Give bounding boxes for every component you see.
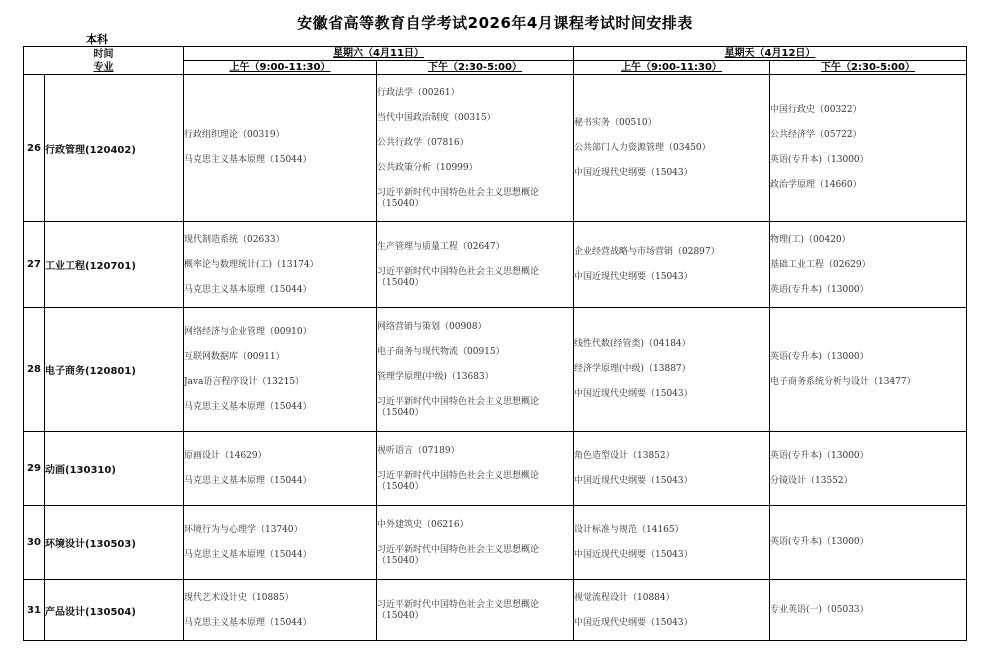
course-item: 英语(专升本)（13000）	[770, 285, 966, 296]
course-item: 马克思主义基本原理（15044）	[184, 285, 376, 296]
major-name: 工业工程(120701)	[45, 222, 184, 308]
section-label: 本科	[86, 31, 108, 47]
course-item: 英语(专升本)（13000）	[770, 451, 966, 462]
course-item: 角色造型设计（13852）	[574, 451, 769, 462]
course-cell-sat-am: 行政组织理论（00319）马克思主义基本原理（15044）	[184, 75, 377, 222]
course-item: 基础工业工程（02629）	[770, 260, 966, 271]
course-item: 中国近现代史纲要（15043）	[574, 476, 769, 487]
course-cell-sat-am: 原画设计（14629）马克思主义基本原理（15044）	[184, 432, 377, 506]
table-row: 26行政管理(120402)行政组织理论（00319）马克思主义基本原理（150…	[24, 75, 967, 222]
header-sat-am: 上午（9:00-11:30）	[184, 61, 377, 75]
course-cell-sat-am: 现代制造系统（02633）概率论与数理统计(工)（13174）马克思主义基本原理…	[184, 222, 377, 308]
course-cell-sat-pm: 习近平新时代中国特色社会主义思想概论（15040）	[377, 580, 574, 641]
course-cell-sun-pm: 物理(工)（00420）基础工业工程（02629）英语(专升本)（13000）	[770, 222, 967, 308]
course-item: 英语(专升本)（13000）	[770, 352, 966, 363]
course-item: 视听语言（07189）	[377, 446, 573, 457]
course-item: 公共经济学（05722）	[770, 130, 966, 141]
course-item: 概率论与数理统计(工)（13174）	[184, 260, 376, 271]
course-item: 电子商务系统分析与设计（13477）	[770, 377, 966, 388]
course-item: 公共部门人力资源管理（03450）	[574, 143, 769, 154]
header-corner: 时间 专业	[24, 47, 184, 75]
course-cell-sat-am: 现代艺术设计史（10885）马克思主义基本原理（15044）	[184, 580, 377, 641]
course-cell-sat-pm: 中外建筑史（06216）习近平新时代中国特色社会主义思想概论（15040）	[377, 506, 574, 580]
major-name: 动画(130310)	[45, 432, 184, 506]
course-item: 物理(工)（00420）	[770, 235, 966, 246]
course-cell-sat-pm: 视听语言（07189）习近平新时代中国特色社会主义思想概论（15040）	[377, 432, 574, 506]
table-row: 30环境设计(130503)环境行为与心理学（13740）马克思主义基本原理（1…	[24, 506, 967, 580]
row-number: 26	[24, 75, 45, 222]
row-number: 27	[24, 222, 45, 308]
major-name: 环境设计(130503)	[45, 506, 184, 580]
course-item: 马克思主义基本原理（15044）	[184, 155, 376, 166]
course-item: 中国行政史（00322）	[770, 105, 966, 116]
course-cell-sun-pm: 中国行政史（00322）公共经济学（05722）英语(专升本)（13000）政治…	[770, 75, 967, 222]
course-item: 习近平新时代中国特色社会主义思想概论（15040）	[377, 545, 573, 567]
course-item: 马克思主义基本原理（15044）	[184, 618, 376, 629]
course-item: 线性代数(经管类)（04184）	[574, 339, 769, 350]
course-item: 网络经济与企业管理（00910）	[184, 327, 376, 338]
course-cell-sat-pm: 行政法学（00261）当代中国政治制度（00315）公共行政学（07816）公共…	[377, 75, 574, 222]
course-item: 马克思主义基本原理（15044）	[184, 550, 376, 561]
course-item: 习近平新时代中国特色社会主义思想概论（15040）	[377, 600, 573, 622]
course-item: 公共政策分析（10999）	[377, 163, 573, 174]
course-item: 英语(专升本)（13000）	[770, 537, 966, 548]
course-cell-sun-am: 视觉流程设计（10884）中国近现代史纲要（15043）	[574, 580, 770, 641]
course-item: Java语言程序设计（13215）	[184, 377, 376, 388]
course-item: 设计标准与规范（14165）	[574, 525, 769, 536]
course-item: 中国近现代史纲要（15043）	[574, 168, 769, 179]
header-sat-pm: 下午（2:30-5:00）	[377, 61, 574, 75]
row-number: 31	[24, 580, 45, 641]
course-item: 生产管理与质量工程（02647）	[377, 242, 573, 253]
course-item: 习近平新时代中国特色社会主义思想概论（15040）	[377, 188, 573, 210]
course-item: 中国近现代史纲要（15043）	[574, 550, 769, 561]
course-cell-sun-am: 设计标准与规范（14165）中国近现代史纲要（15043）	[574, 506, 770, 580]
course-item: 秘书实务（00510）	[574, 118, 769, 129]
course-cell-sun-pm: 英语(专升本)（13000）分镜设计（13552）	[770, 432, 967, 506]
table-row: 28电子商务(120801)网络经济与企业管理（00910）互联网数据库（009…	[24, 308, 967, 432]
exam-schedule-table: 时间 专业 星期六（4月11日） 星期天（4月12日） 上午（9:00-11:3…	[23, 46, 967, 641]
course-cell-sun-am: 角色造型设计（13852）中国近现代史纲要（15043）	[574, 432, 770, 506]
row-number: 29	[24, 432, 45, 506]
major-name: 产品设计(130504)	[45, 580, 184, 641]
course-cell-sat-pm: 生产管理与质量工程（02647）习近平新时代中国特色社会主义思想概论（15040…	[377, 222, 574, 308]
course-item: 企业经营战略与市场营销（02897）	[574, 247, 769, 258]
header-day-saturday: 星期六（4月11日）	[184, 47, 574, 61]
course-item: 视觉流程设计（10884）	[574, 593, 769, 604]
course-cell-sat-am: 网络经济与企业管理（00910）互联网数据库（00911）Java语言程序设计（…	[184, 308, 377, 432]
header-time-label: 时间	[24, 48, 183, 61]
course-item: 环境行为与心理学（13740）	[184, 525, 376, 536]
header-sun-am: 上午（9:00-11:30）	[574, 61, 770, 75]
course-item: 当代中国政治制度（00315）	[377, 113, 573, 124]
course-item: 现代艺术设计史（10885）	[184, 593, 376, 604]
course-cell-sun-am: 企业经营战略与市场营销（02897）中国近现代史纲要（15043）	[574, 222, 770, 308]
header-sun-pm: 下午（2:30-5:00）	[770, 61, 967, 75]
course-item: 英语(专升本)（13000）	[770, 155, 966, 166]
table-row: 31产品设计(130504)现代艺术设计史（10885）马克思主义基本原理（15…	[24, 580, 967, 641]
course-item: 习近平新时代中国特色社会主义思想概论（15040）	[377, 471, 573, 493]
course-item: 公共行政学（07816）	[377, 138, 573, 149]
course-item: 管理学原理(中级)（13683）	[377, 372, 573, 383]
course-cell-sun-pm: 专业英语(一)（05033）	[770, 580, 967, 641]
course-item: 习近平新时代中国特色社会主义思想概论（15040）	[377, 267, 573, 289]
course-item: 中外建筑史（06216）	[377, 520, 573, 531]
course-item: 中国近现代史纲要（15043）	[574, 389, 769, 400]
course-cell-sat-pm: 网络营销与策划（00908）电子商务与现代物流（00915）管理学原理(中级)（…	[377, 308, 574, 432]
row-number: 28	[24, 308, 45, 432]
page-title: 安徽省高等教育自学考试2026年4月课程考试时间安排表	[0, 12, 990, 33]
course-item: 马克思主义基本原理（15044）	[184, 402, 376, 413]
course-item: 网络营销与策划（00908）	[377, 322, 573, 333]
course-cell-sun-pm: 英语(专升本)（13000）电子商务系统分析与设计（13477）	[770, 308, 967, 432]
table-row: 29动画(130310)原画设计（14629）马克思主义基本原理（15044）视…	[24, 432, 967, 506]
course-item: 电子商务与现代物流（00915）	[377, 347, 573, 358]
course-item: 互联网数据库（00911）	[184, 352, 376, 363]
course-item: 现代制造系统（02633）	[184, 235, 376, 246]
course-item: 分镜设计（13552）	[770, 476, 966, 487]
course-item: 行政组织理论（00319）	[184, 130, 376, 141]
course-item: 专业英语(一)（05033）	[770, 605, 966, 616]
course-item: 行政法学（00261）	[377, 88, 573, 99]
course-item: 习近平新时代中国特色社会主义思想概论（15040）	[377, 397, 573, 419]
table-row: 27工业工程(120701)现代制造系统（02633）概率论与数理统计(工)（1…	[24, 222, 967, 308]
course-item: 中国近现代史纲要（15043）	[574, 618, 769, 629]
row-number: 30	[24, 506, 45, 580]
course-item: 经济学原理(中级)（13887）	[574, 364, 769, 375]
course-item: 马克思主义基本原理（15044）	[184, 476, 376, 487]
course-cell-sun-am: 线性代数(经管类)（04184）经济学原理(中级)（13887）中国近现代史纲要…	[574, 308, 770, 432]
header-day-sunday: 星期天（4月12日）	[574, 47, 967, 61]
course-item: 政治学原理（14660）	[770, 180, 966, 191]
course-cell-sat-am: 环境行为与心理学（13740）马克思主义基本原理（15044）	[184, 506, 377, 580]
major-name: 电子商务(120801)	[45, 308, 184, 432]
course-item: 原画设计（14629）	[184, 451, 376, 462]
major-name: 行政管理(120402)	[45, 75, 184, 222]
course-cell-sun-pm: 英语(专升本)（13000）	[770, 506, 967, 580]
course-cell-sun-am: 秘书实务（00510）公共部门人力资源管理（03450）中国近现代史纲要（150…	[574, 75, 770, 222]
header-major-label: 专业	[24, 61, 183, 74]
course-item: 中国近现代史纲要（15043）	[574, 272, 769, 283]
